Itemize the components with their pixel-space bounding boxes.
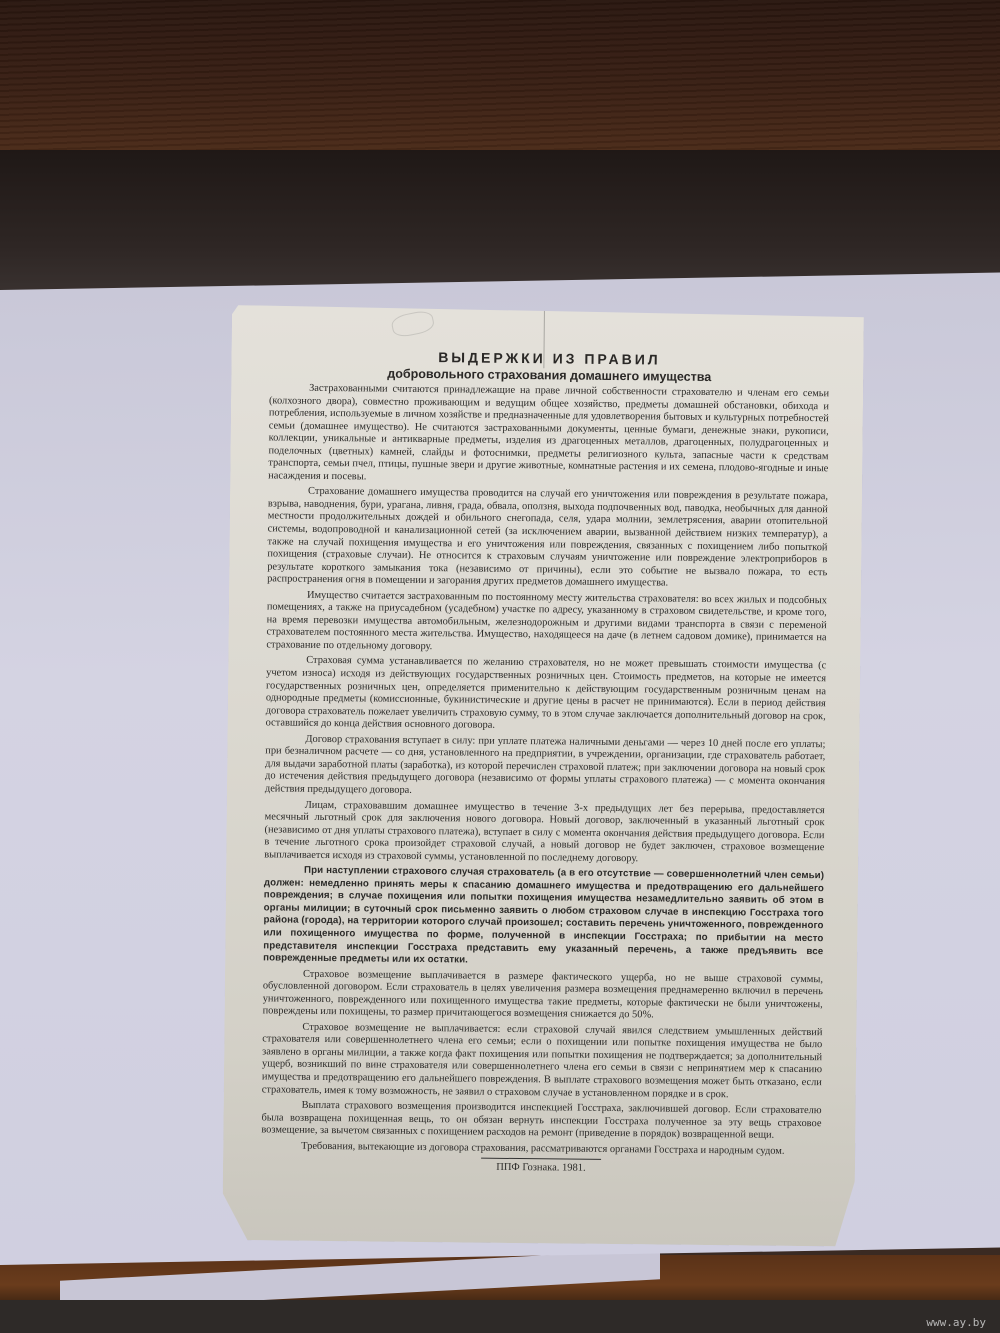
document-content: ВЫДЕРЖКИ ИЗ ПРАВИЛ добровольного страхов… <box>261 347 830 1176</box>
document-paragraph: Лицам, страховавшим домашнее имущество в… <box>264 799 825 868</box>
document-paragraph: Страховое возмещение не выплачивается: е… <box>262 1021 823 1102</box>
document-paragraph: При наступлении страхового случая страхо… <box>263 865 824 971</box>
floor-background <box>0 1300 1000 1333</box>
printer-imprint: ППФ Гознака. 1981. <box>261 1160 821 1177</box>
insurance-leaflet: ВЫДЕРЖКИ ИЗ ПРАВИЛ добровольного страхов… <box>222 305 864 1247</box>
document-paragraph: Страхование домашнего имущества проводит… <box>267 486 828 592</box>
document-paragraph: Договор страхования вступает в силу: при… <box>265 733 826 802</box>
footer-rule <box>481 1158 601 1160</box>
document-body: Застрахованными считаются принадлежащие … <box>261 382 829 1158</box>
document-paragraph: Застрахованными считаются принадлежащие … <box>268 382 829 488</box>
document-paragraph: Страховое возмещение выплачивается в раз… <box>263 968 823 1024</box>
document-paragraph: Требования, вытекающие из договора страх… <box>261 1140 821 1158</box>
pencil-mark <box>390 309 436 339</box>
wooden-surface-top <box>0 0 1000 150</box>
document-paragraph: Имущество считается застрахованным по по… <box>266 589 827 658</box>
watermark: www.ay.by <box>926 1316 986 1329</box>
document-paragraph: Выплата страхового возмещения производит… <box>261 1099 821 1143</box>
document-paragraph: Страховая сумма устанавливается по желан… <box>266 655 827 736</box>
